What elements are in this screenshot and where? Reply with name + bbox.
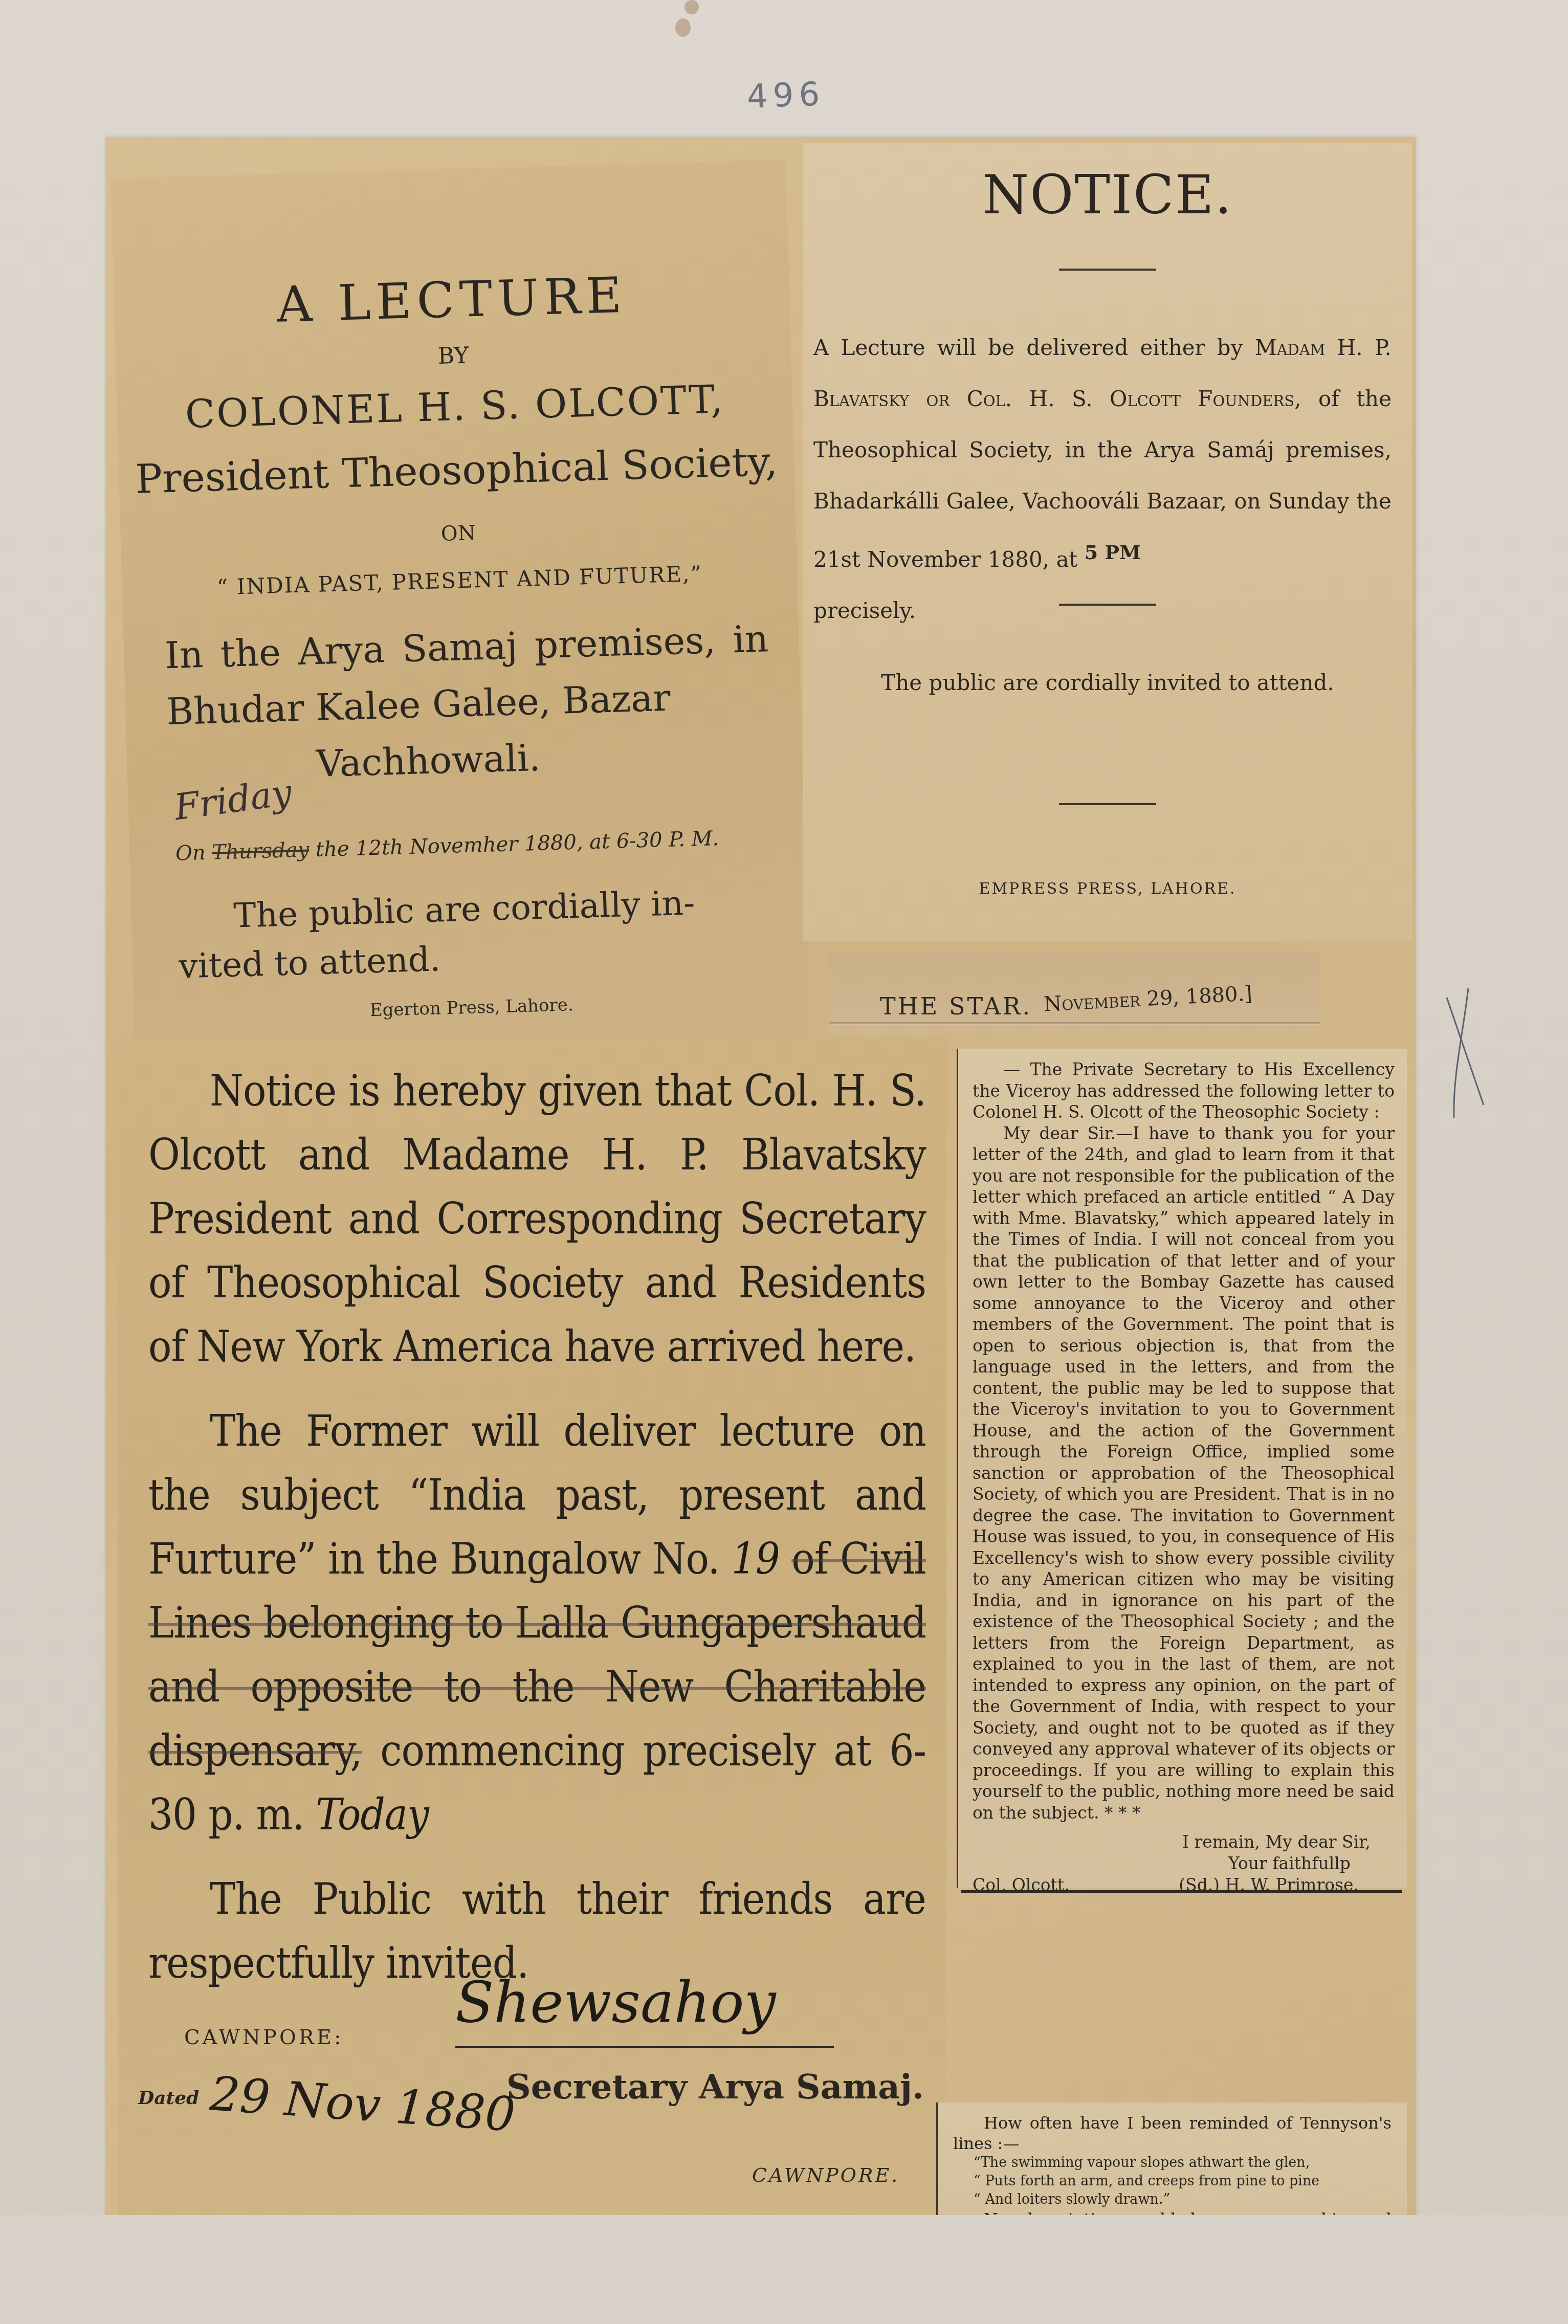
- lecture-press: Egerton Press, Lahore.: [134, 988, 809, 1027]
- lecturer-role: President Theosophical Society,: [118, 438, 794, 503]
- closing-line-1: I remain, My dear Sir,: [973, 1831, 1395, 1853]
- invite-line-1: The public are cordially in-: [176, 876, 776, 942]
- notice-body: A Lecture will be delivered either by Ma…: [813, 322, 1392, 636]
- dated-label: Dated: [138, 2087, 199, 2109]
- lecture-subject: “ INDIA PAST, PRESENT AND FUTURE,”: [122, 559, 798, 603]
- star-article: — The Private Secretary to His Excellenc…: [957, 1049, 1407, 1888]
- lecture-title: A LECTURE: [114, 262, 790, 338]
- quote-line-3: “ And loiters slowly drawn.”: [953, 2190, 1392, 2209]
- mount-bottom-overlap: [0, 2215, 1568, 2324]
- quote-line-2: “ Puts forth an arm, and creeps from pin…: [953, 2172, 1392, 2190]
- lecture-handbill: A LECTURE BY COLONEL H. S. OLCOTT, Presi…: [111, 160, 810, 1058]
- article-text: — The Private Secretary to His Excellenc…: [973, 1059, 1395, 1823]
- notice-invite: The public are cordially invited to atte…: [803, 670, 1412, 695]
- notice-handbill: NOTICE. A Lecture will be delivered eith…: [803, 143, 1412, 941]
- notice-title: NOTICE.: [803, 164, 1412, 226]
- lecture-invite: The public are cordially in- vited to at…: [176, 876, 778, 991]
- handwritten-today: Today: [316, 1789, 428, 1840]
- arrival-para-2: The Former will deliver lecture on the s…: [148, 1399, 926, 1847]
- newspaper-name: THE STAR.: [880, 992, 1032, 1020]
- handwritten-time: 5 PM: [1085, 541, 1141, 564]
- article-para-2: My dear Sir.—I have to thank you for you…: [973, 1123, 1395, 1824]
- arrival-text: Notice is hereby given that Col. H. S. O…: [148, 1059, 926, 2016]
- lecturer-name: COLONEL H. S. OLCOTT,: [117, 374, 793, 439]
- lecture-on: ON: [121, 513, 797, 555]
- notice-end: precisely.: [813, 598, 916, 623]
- article-closing: I remain, My dear Sir, Your faithfullp C…: [973, 1831, 1395, 1896]
- rust-stain: [675, 18, 691, 37]
- invite-line-2: vited to attend.: [178, 939, 441, 986]
- rust-stain: [684, 0, 699, 14]
- date-rest: the 12th Novemher 1880, at 6-30 P. M.: [315, 827, 719, 861]
- closing-line-2: Your faithfullp: [973, 1853, 1395, 1874]
- masthead-rule: [829, 1023, 1320, 1027]
- date-prefix: On: [175, 841, 206, 866]
- pencil-x-mark: [1443, 987, 1489, 1120]
- handwritten-date: 29 Nov 1880: [208, 2066, 517, 2142]
- secretary-title: Secretary Arya Samaj.: [506, 2067, 924, 2107]
- place-label: CAWNPORE:: [184, 2026, 343, 2049]
- arrival-notice: Notice is hereby given that Col. H. S. O…: [118, 1038, 946, 2215]
- tennyson-intro: How often have I been reminded of Tennys…: [953, 2113, 1392, 2154]
- article-para-1: — The Private Secretary to His Excellenc…: [973, 1059, 1395, 1123]
- venue-line-1: In the Arya Samaj premises, in: [164, 617, 769, 677]
- star-masthead: THE STAR. November 29, 1880.]: [829, 951, 1320, 1033]
- newspaper-date: November 29, 1880.]: [1043, 982, 1253, 1016]
- divider-rule: [1059, 803, 1156, 805]
- divider-rule: [1059, 604, 1156, 606]
- handwritten-bungalow-number: 19: [732, 1534, 780, 1584]
- notice-press: EMPRESS PRESS, LAHORE.: [803, 880, 1412, 898]
- date-struck-day: Thursday: [212, 838, 310, 864]
- venue-line-2: Bhudar Kalee Galee, Bazar: [166, 676, 671, 733]
- place-footer: CAWNPORE.: [752, 2164, 899, 2186]
- lecture-venue: In the Arya Samaj premises, in Bhudar Ka…: [164, 610, 772, 796]
- arrival-para-1: Notice is hereby given that Col. H. S. O…: [148, 1059, 926, 1379]
- notice-madam: Madam: [1255, 335, 1326, 360]
- quote-line-1: “The swimming vapour slopes athwart the …: [953, 2154, 1392, 2172]
- divider-rule: [1059, 269, 1156, 271]
- secretary-signature: Shewsahoy: [455, 1969, 834, 2048]
- notice-intro: A Lecture will be delivered either by: [813, 335, 1243, 360]
- pencil-page-number: 496: [746, 75, 826, 116]
- lecture-date: On Thursday the 12th Novemher 1880, at 6…: [175, 825, 775, 866]
- article-bottom-rule: [961, 1890, 1402, 1893]
- lecture-by: BY: [116, 334, 791, 379]
